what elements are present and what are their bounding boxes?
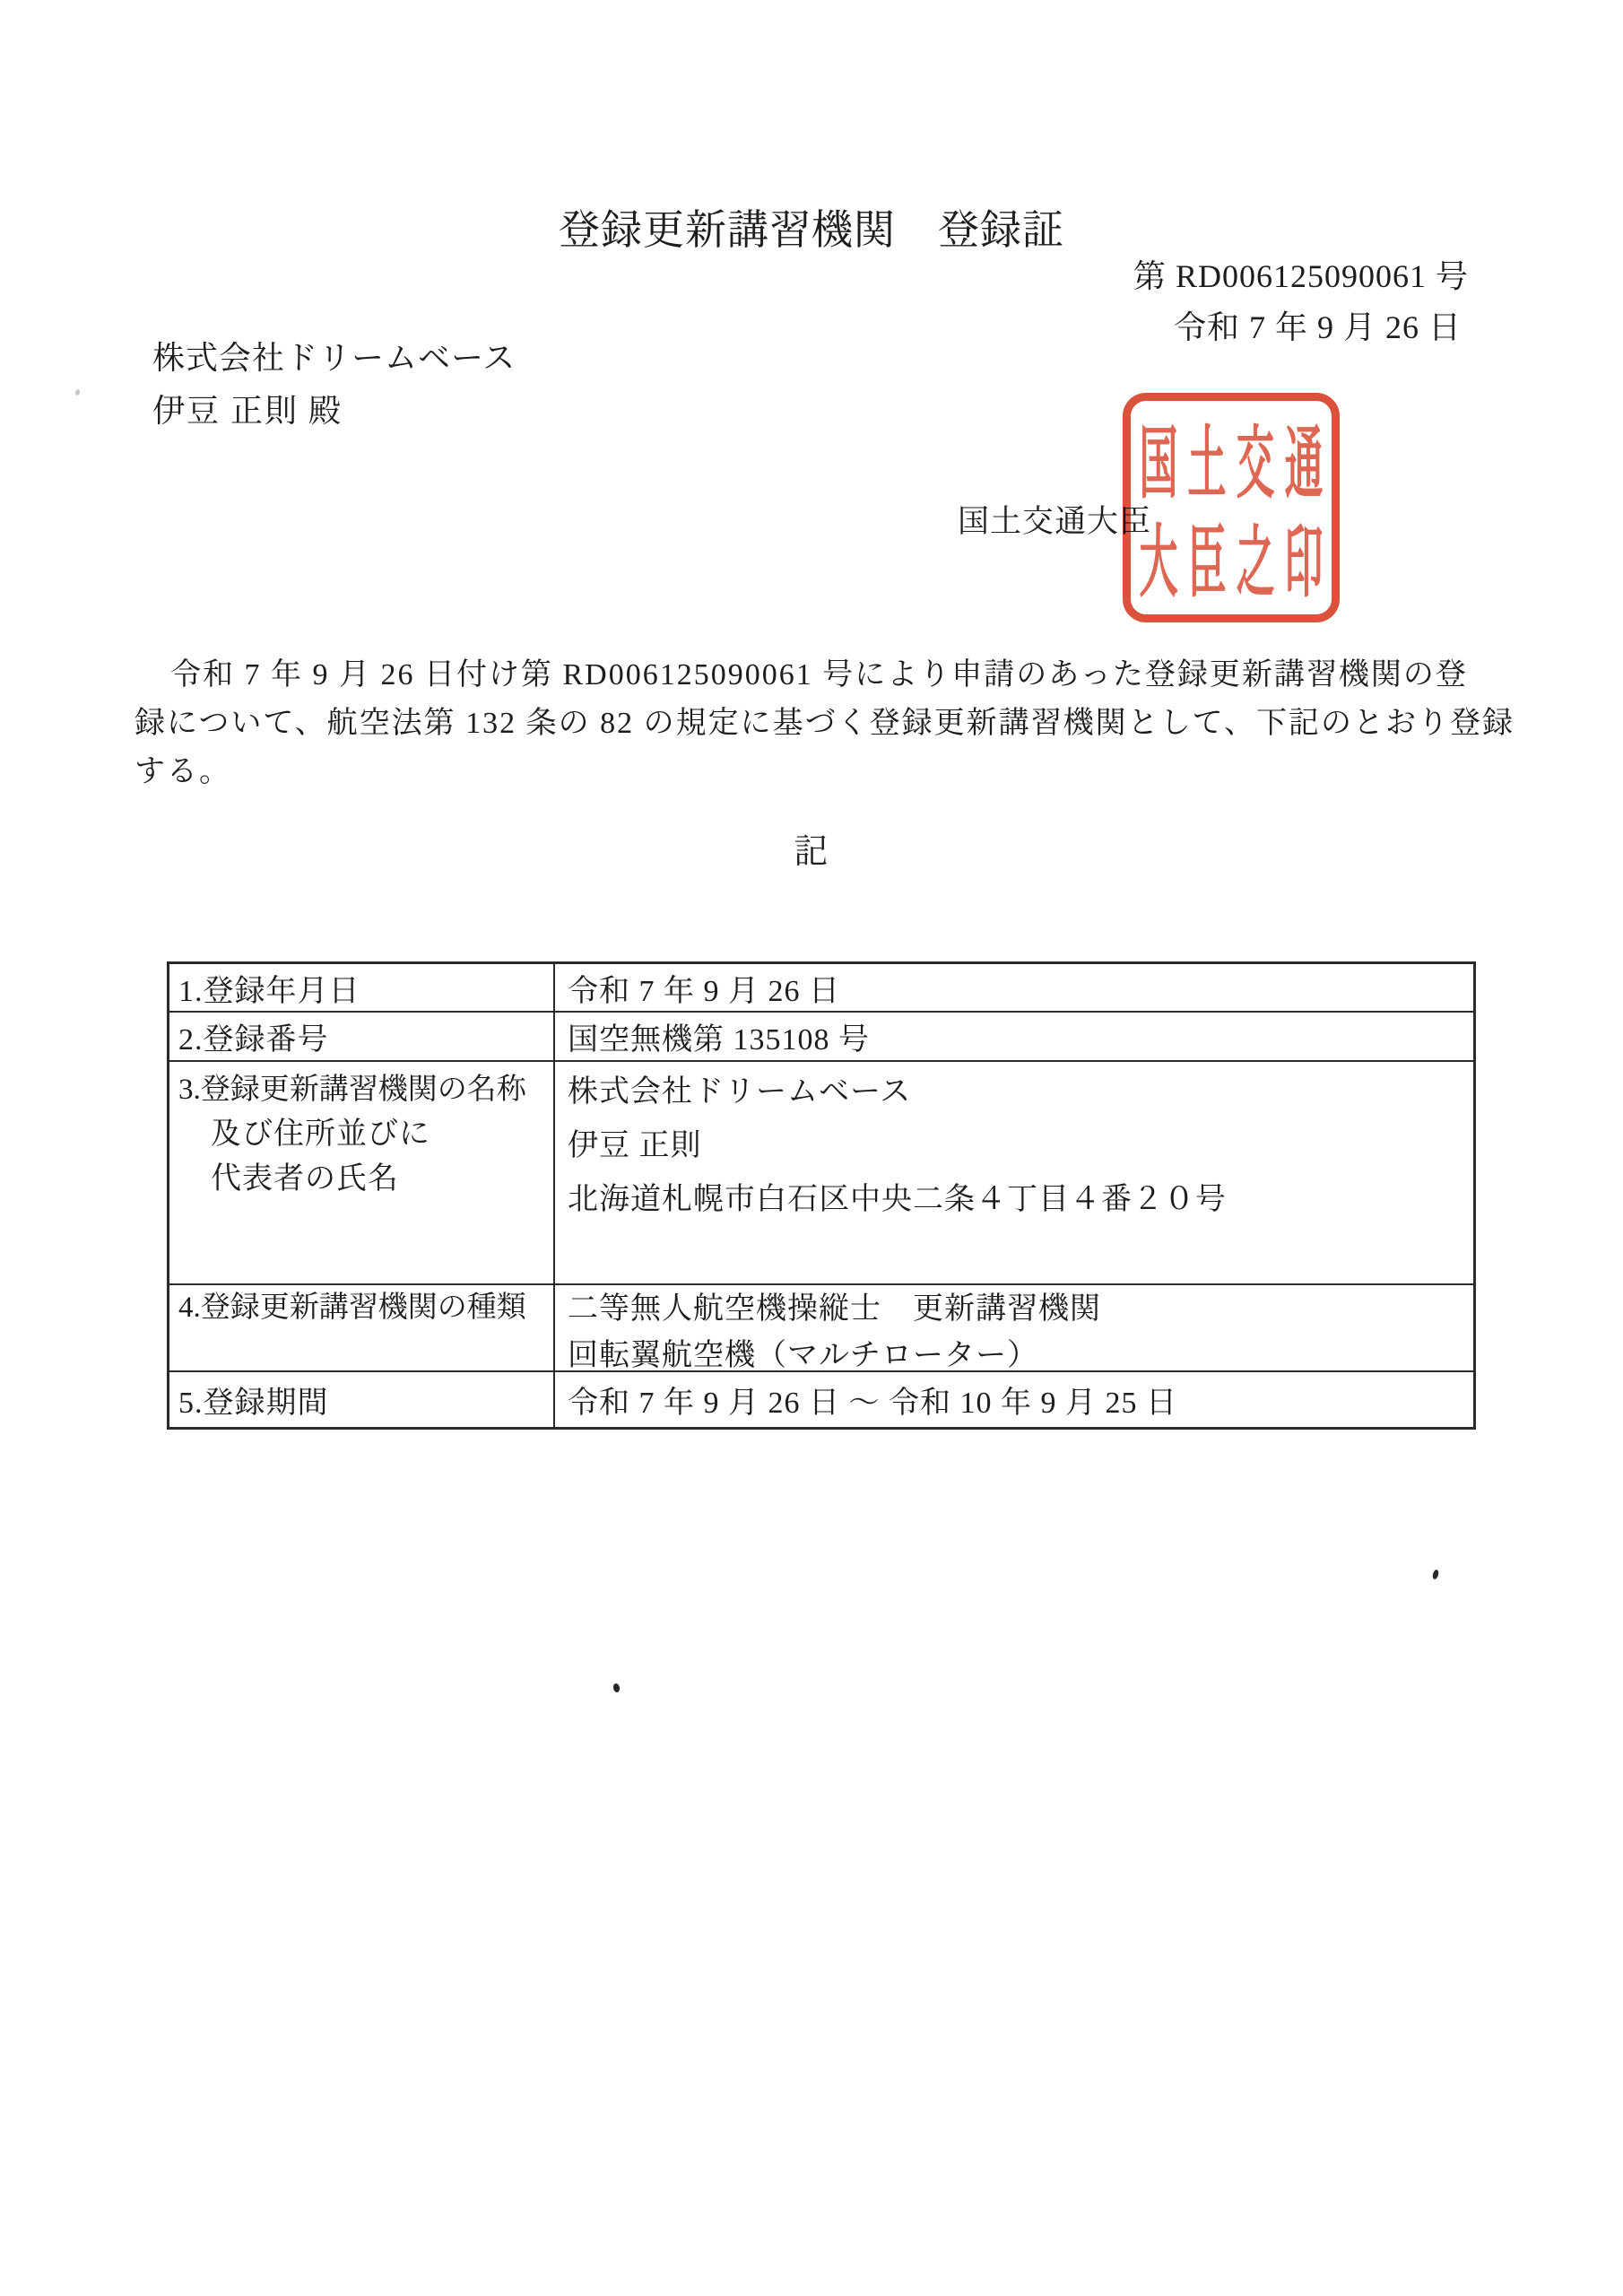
seal-character: 之 (1231, 455, 1280, 657)
table-row3-label-line: 代表者の氏名 (178, 1157, 553, 1202)
table-row4-label: 4.登録更新講習機関の種類 (169, 1285, 555, 1372)
certificate-number: 第 RD006125090061 号 (1133, 251, 1469, 297)
table-row1-label: 1.登録年月日 (169, 964, 555, 1013)
table-row3-value-line: 伊豆 正則 (568, 1119, 1473, 1173)
scan-speck (74, 388, 81, 396)
seal-character: 印 (1280, 455, 1328, 657)
table-row3-label-line: 及び住所並びに (178, 1112, 553, 1157)
table-row2-value: 国空無機第 135108 号 (555, 1013, 1473, 1062)
table-row3-value-line: 株式会社ドリームベース (568, 1065, 1473, 1119)
table-row1-value: 令和 7 年 9 月 26 日 (555, 964, 1473, 1013)
table-row2-label: 2.登録番号 (169, 1013, 555, 1062)
addressee-person: 伊豆 正則 殿 (152, 386, 343, 431)
certificate-page: 登録更新講習機関 登録証 第 RD006125090061 号 令和 7 年 9… (0, 0, 1623, 2296)
paragraph-line: 令和 7 年 9 月 26 日付け第 RD006125090061 号により申請… (135, 651, 1471, 700)
seal-character: 大 (1134, 455, 1183, 657)
table-row5-label: 5.登録期間 (169, 1372, 555, 1427)
table-row4-value: 二等無人航空機操縦士 更新講習機関 回転翼航空機（マルチローター） (555, 1285, 1473, 1372)
paragraph-line: 録について、航空法第 132 条の 82 の規定に基づく登録更新講習機関として、… (135, 700, 1471, 748)
scan-speck (612, 1683, 621, 1692)
table-row3-label-line: 3.登録更新講習機関の名称 (178, 1067, 553, 1112)
body-paragraph: 令和 7 年 9 月 26 日付け第 RD006125090061 号により申請… (135, 651, 1471, 796)
table-row3-value: 株式会社ドリームベース 伊豆 正則 北海道札幌市白石区中央二条４丁目４番２０号 (555, 1062, 1473, 1285)
addressee-company: 株式会社ドリームベース (152, 333, 516, 378)
page-title: 登録更新講習機関 登録証 (0, 197, 1623, 257)
table-row4-value-line: 二等無人航空機操縦士 更新講習機関 (568, 1286, 1473, 1333)
note-heading: 記 (0, 823, 1623, 873)
ministerial-seal: 国 土 交 通 大 臣 之 印 (1123, 393, 1340, 622)
table-row3-value-line: 北海道札幌市白石区中央二条４丁目４番２０号 (568, 1173, 1473, 1227)
table-row4-label-line: 4.登録更新講習機関の種類 (178, 1285, 553, 1330)
table-row3-label: 3.登録更新講習機関の名称 及び住所並びに 代表者の氏名 (169, 1062, 555, 1285)
table-row5-value: 令和 7 年 9 月 26 日 ～ 令和 10 年 9 月 25 日 (555, 1372, 1473, 1427)
scan-speck (1432, 1569, 1440, 1579)
registration-table: 1.登録年月日 令和 7 年 9 月 26 日 2.登録番号 国空無機第 135… (167, 961, 1476, 1430)
paragraph-line: する。 (135, 748, 1471, 796)
issue-date: 令和 7 年 9 月 26 日 (1174, 302, 1462, 348)
seal-character: 臣 (1183, 455, 1231, 657)
